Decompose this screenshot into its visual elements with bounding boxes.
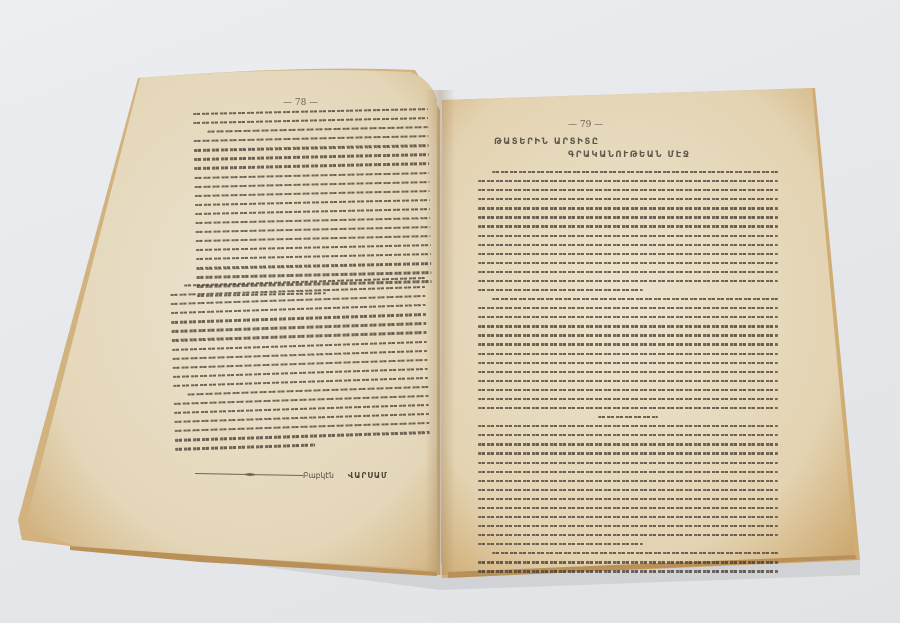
right-page [441, 88, 855, 572]
open-book [0, 0, 900, 623]
gutter-shadow [425, 90, 455, 575]
left-page [27, 70, 437, 570]
photo-scene: — 78 — ԲաբկէնՎԱՐՍԱՄ — 79 — ԹԱՏԵՐԻՆ ԱՐՏԻՏ… [0, 0, 900, 623]
